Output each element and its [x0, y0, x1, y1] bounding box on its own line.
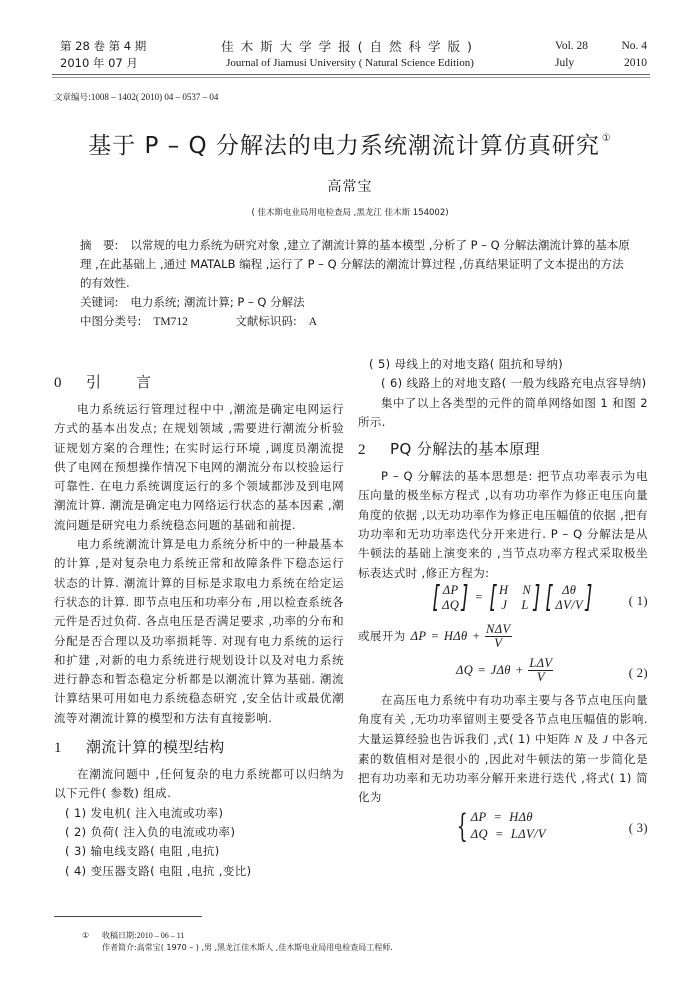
equation-number: ( 2) [629, 664, 648, 683]
math-operator: = [431, 627, 438, 646]
section-number: 0 [54, 372, 86, 394]
paragraph: 在潮流问题中 ,任何复杂的电力系统都可以归纳为以下元件( 参数) 组成. [54, 765, 344, 804]
header-rule-thin [52, 77, 650, 78]
paragraph: 电力系统运行管理过程中中 ,潮流是确定电网运行方式的基本出发点; 在规划领域 ,… [54, 400, 344, 535]
received-label: 收稿日期: [102, 931, 137, 940]
list-item: ( 2) 负荷( 注入负的电流或功率) [54, 823, 344, 842]
doc-code-label: 文献标识码: [235, 314, 296, 328]
footnote-mark: ① [82, 930, 89, 942]
header-no: No. 4 [621, 38, 647, 55]
section-number: 2 [358, 439, 390, 461]
math-operator: + [473, 627, 480, 646]
math-term: ΔP [442, 583, 459, 598]
keywords-text: 电力系统; 潮流计算; P – Q 分解法 [130, 295, 304, 309]
paper-title: 基于 P – Q 分解法的电力系统潮流计算仿真研究① [0, 127, 700, 160]
article-number: 文章编号:1008 – 1402( 2010) 04 – 0537 – 04 [54, 91, 218, 103]
list-item: ( 5) 母线上的对地支路( 阻抗和导纳) [358, 355, 648, 374]
expand-prefix: 或展开为 [358, 627, 406, 646]
header-volume-en: Vol. 28No. 4 July2010 [555, 38, 647, 72]
header-year: 2010 [624, 55, 647, 72]
abstract-block: 摘 要:以常规的电力系统为研究对象 ,建立了潮流计算的基本模型 ,分析了 P –… [80, 236, 635, 332]
keywords: 关键词:电力系统; 潮流计算; P – Q 分解法 [80, 293, 635, 312]
classification: 中图分类号:TM712文献标识码:A [80, 312, 635, 332]
matrix-lhs: [ΔPΔQ] [430, 583, 471, 613]
author-name: 高常宝 [0, 176, 700, 196]
abstract: 摘 要:以常规的电力系统为研究对象 ,建立了潮流计算的基本模型 ,分析了 P –… [80, 236, 635, 293]
denominator: V [494, 637, 502, 650]
equation-3: { ΔP = HΔθ ΔQ = LΔV/V ( 3) [358, 808, 648, 848]
header-vol: Vol. 28 [555, 38, 588, 55]
section-title: 潮流计算的模型结构 [86, 738, 225, 756]
math-term: N [575, 734, 583, 746]
paragraph: P – Q 分解法的基本思想是: 把节点功率表示为电压向量的极坐标方程式 ,以有… [358, 467, 648, 583]
math-term: ΔQ [442, 598, 459, 613]
list-item: ( 1) 发电机( 注入电流或功率) [54, 804, 344, 823]
title-footnote-mark[interactable]: ① [602, 133, 612, 144]
section-title: PQ 分解法的基本原理 [390, 440, 540, 458]
math-term: ΔV/V [555, 598, 583, 613]
math-operator: = [478, 661, 485, 680]
abstract-label: 摘 要: [80, 238, 118, 252]
equation-number: ( 3) [629, 819, 648, 838]
paragraph: 在高压电力系统中有功功率主要与各节点电压向量角度有关 ,无功功率留则主要受各节点… [358, 691, 648, 808]
footnote-received: 收稿日期:2010 – 06 – 11 [102, 930, 393, 942]
paper-title-text: 基于 P – Q 分解法的电力系统潮流计算仿真研究 [88, 133, 600, 159]
abstract-text: 以常规的电力系统为研究对象 ,建立了潮流计算的基本模型 ,分析了 P – Q 分… [80, 238, 630, 290]
math-term: HΔθ [444, 627, 468, 646]
equation-1: [ΔPΔQ] = [HNJL] [ΔθΔV/V] ( 1) [358, 583, 648, 621]
clc-label: 中图分类号: [80, 314, 141, 328]
math-line: ΔQ = LΔV/V [471, 826, 546, 843]
author-affiliation: ( 佳木斯电业局用电检查局 ,黑龙江 佳木斯 154002) [0, 206, 700, 218]
matrix-rhs: [ΔθΔV/V] [543, 583, 595, 613]
brace-icon: { [457, 808, 468, 844]
bio-text: 高常宝( 1970 – ) ,男 ,黑龙江佳木斯人 ,佳木斯电业局用电检查局工程… [137, 943, 393, 952]
header-rule [52, 74, 650, 75]
math-operator: + [516, 661, 523, 680]
math-term: N [522, 583, 531, 598]
numerator: LΔV [528, 657, 553, 671]
list-item: ( 3) 输电线支路( 电阻 ,电抗) [54, 842, 344, 861]
section-heading-1: 1潮流计算的模型结构 [54, 736, 344, 759]
numerator: NΔV [485, 623, 512, 637]
math-term: H [499, 583, 508, 598]
math-term: JΔθ [491, 661, 511, 680]
equation-2b: ΔQ = JΔθ + LΔVV ( 2) [358, 655, 648, 691]
keywords-label: 关键词: [80, 295, 118, 309]
paragraph: 集中了以上各类型的元件的简单网络如图 1 和图 2 所示. [358, 394, 648, 433]
section-heading-2: 2PQ 分解法的基本原理 [358, 438, 648, 461]
paragraph: 电力系统潮流计算是电力系统分析中的一种最基本的计算 ,是对复杂电力系统正常和故障… [54, 535, 344, 728]
article-number-value: 1008 – 1402( 2010) 04 – 0537 – 04 [91, 92, 219, 102]
equation-2a: 或展开为 ΔP = HΔθ + NΔVV [358, 621, 648, 655]
list-item: ( 4) 变压器支路( 电阻 ,电抗 ,变比) [54, 862, 344, 881]
header-month: July [555, 55, 574, 72]
math-term: ΔP [411, 627, 427, 646]
text-run: 及 [587, 732, 599, 746]
section-title: 引 言 [86, 373, 161, 391]
math-term: L [521, 598, 528, 613]
received-date: 2010 – 06 – 11 [137, 931, 185, 940]
fraction: NΔVV [485, 623, 512, 650]
matrix-jacobian: [HNJL] [487, 583, 543, 613]
section-number: 1 [54, 737, 86, 759]
bio-label: 作者简介: [102, 943, 137, 952]
math-term: J [501, 598, 507, 613]
footnote-bio: 作者简介:高常宝( 1970 – ) ,男 ,黑龙江佳木斯人 ,佳木斯电业局用电… [102, 942, 393, 954]
clc-value: TM712 [153, 313, 235, 332]
math-line: ΔP = HΔθ [471, 809, 546, 826]
denominator: V [537, 671, 545, 684]
left-column: 0引 言 电力系统运行管理过程中中 ,潮流是确定电网运行方式的基本出发点; 在规… [54, 367, 344, 881]
math-term: ΔQ [456, 661, 473, 680]
article-number-label: 文章编号: [54, 93, 91, 103]
footnote: ① 收稿日期:2010 – 06 – 11 作者简介:高常宝( 1970 – )… [82, 930, 393, 954]
section-heading-0: 0引 言 [54, 371, 344, 394]
fraction: LΔVV [528, 657, 553, 684]
list-item: ( 6) 线路上的对地支路( 一般为线路充电点容导纳) [358, 374, 648, 393]
right-column: ( 5) 母线上的对地支路( 阻抗和导纳) ( 6) 线路上的对地支路( 一般为… [358, 355, 648, 848]
math-term: Δθ [555, 583, 583, 598]
footnote-rule [54, 916, 202, 917]
equation-number: ( 1) [629, 592, 648, 611]
math-term: J [603, 734, 609, 746]
doc-code-value: A [309, 316, 317, 328]
